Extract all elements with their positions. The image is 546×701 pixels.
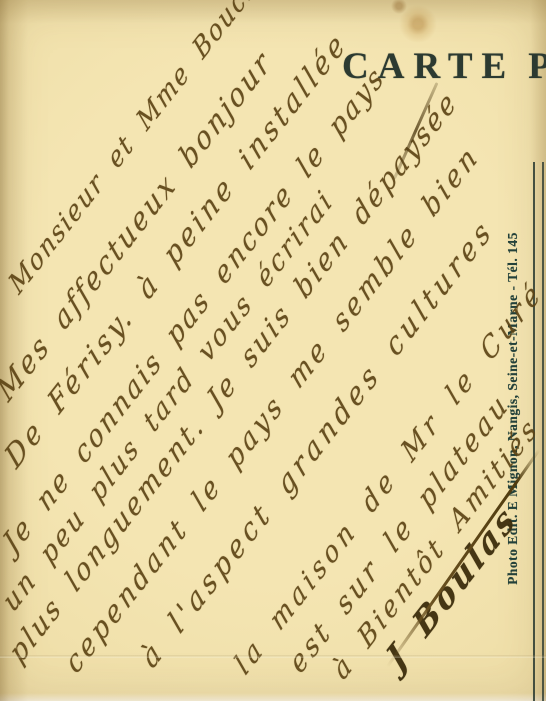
printed-title-clipped-letter: P	[528, 46, 546, 87]
postcard-back: CARTEP Photo Edit. E Mignon, Nangis, Sei…	[0, 0, 546, 701]
